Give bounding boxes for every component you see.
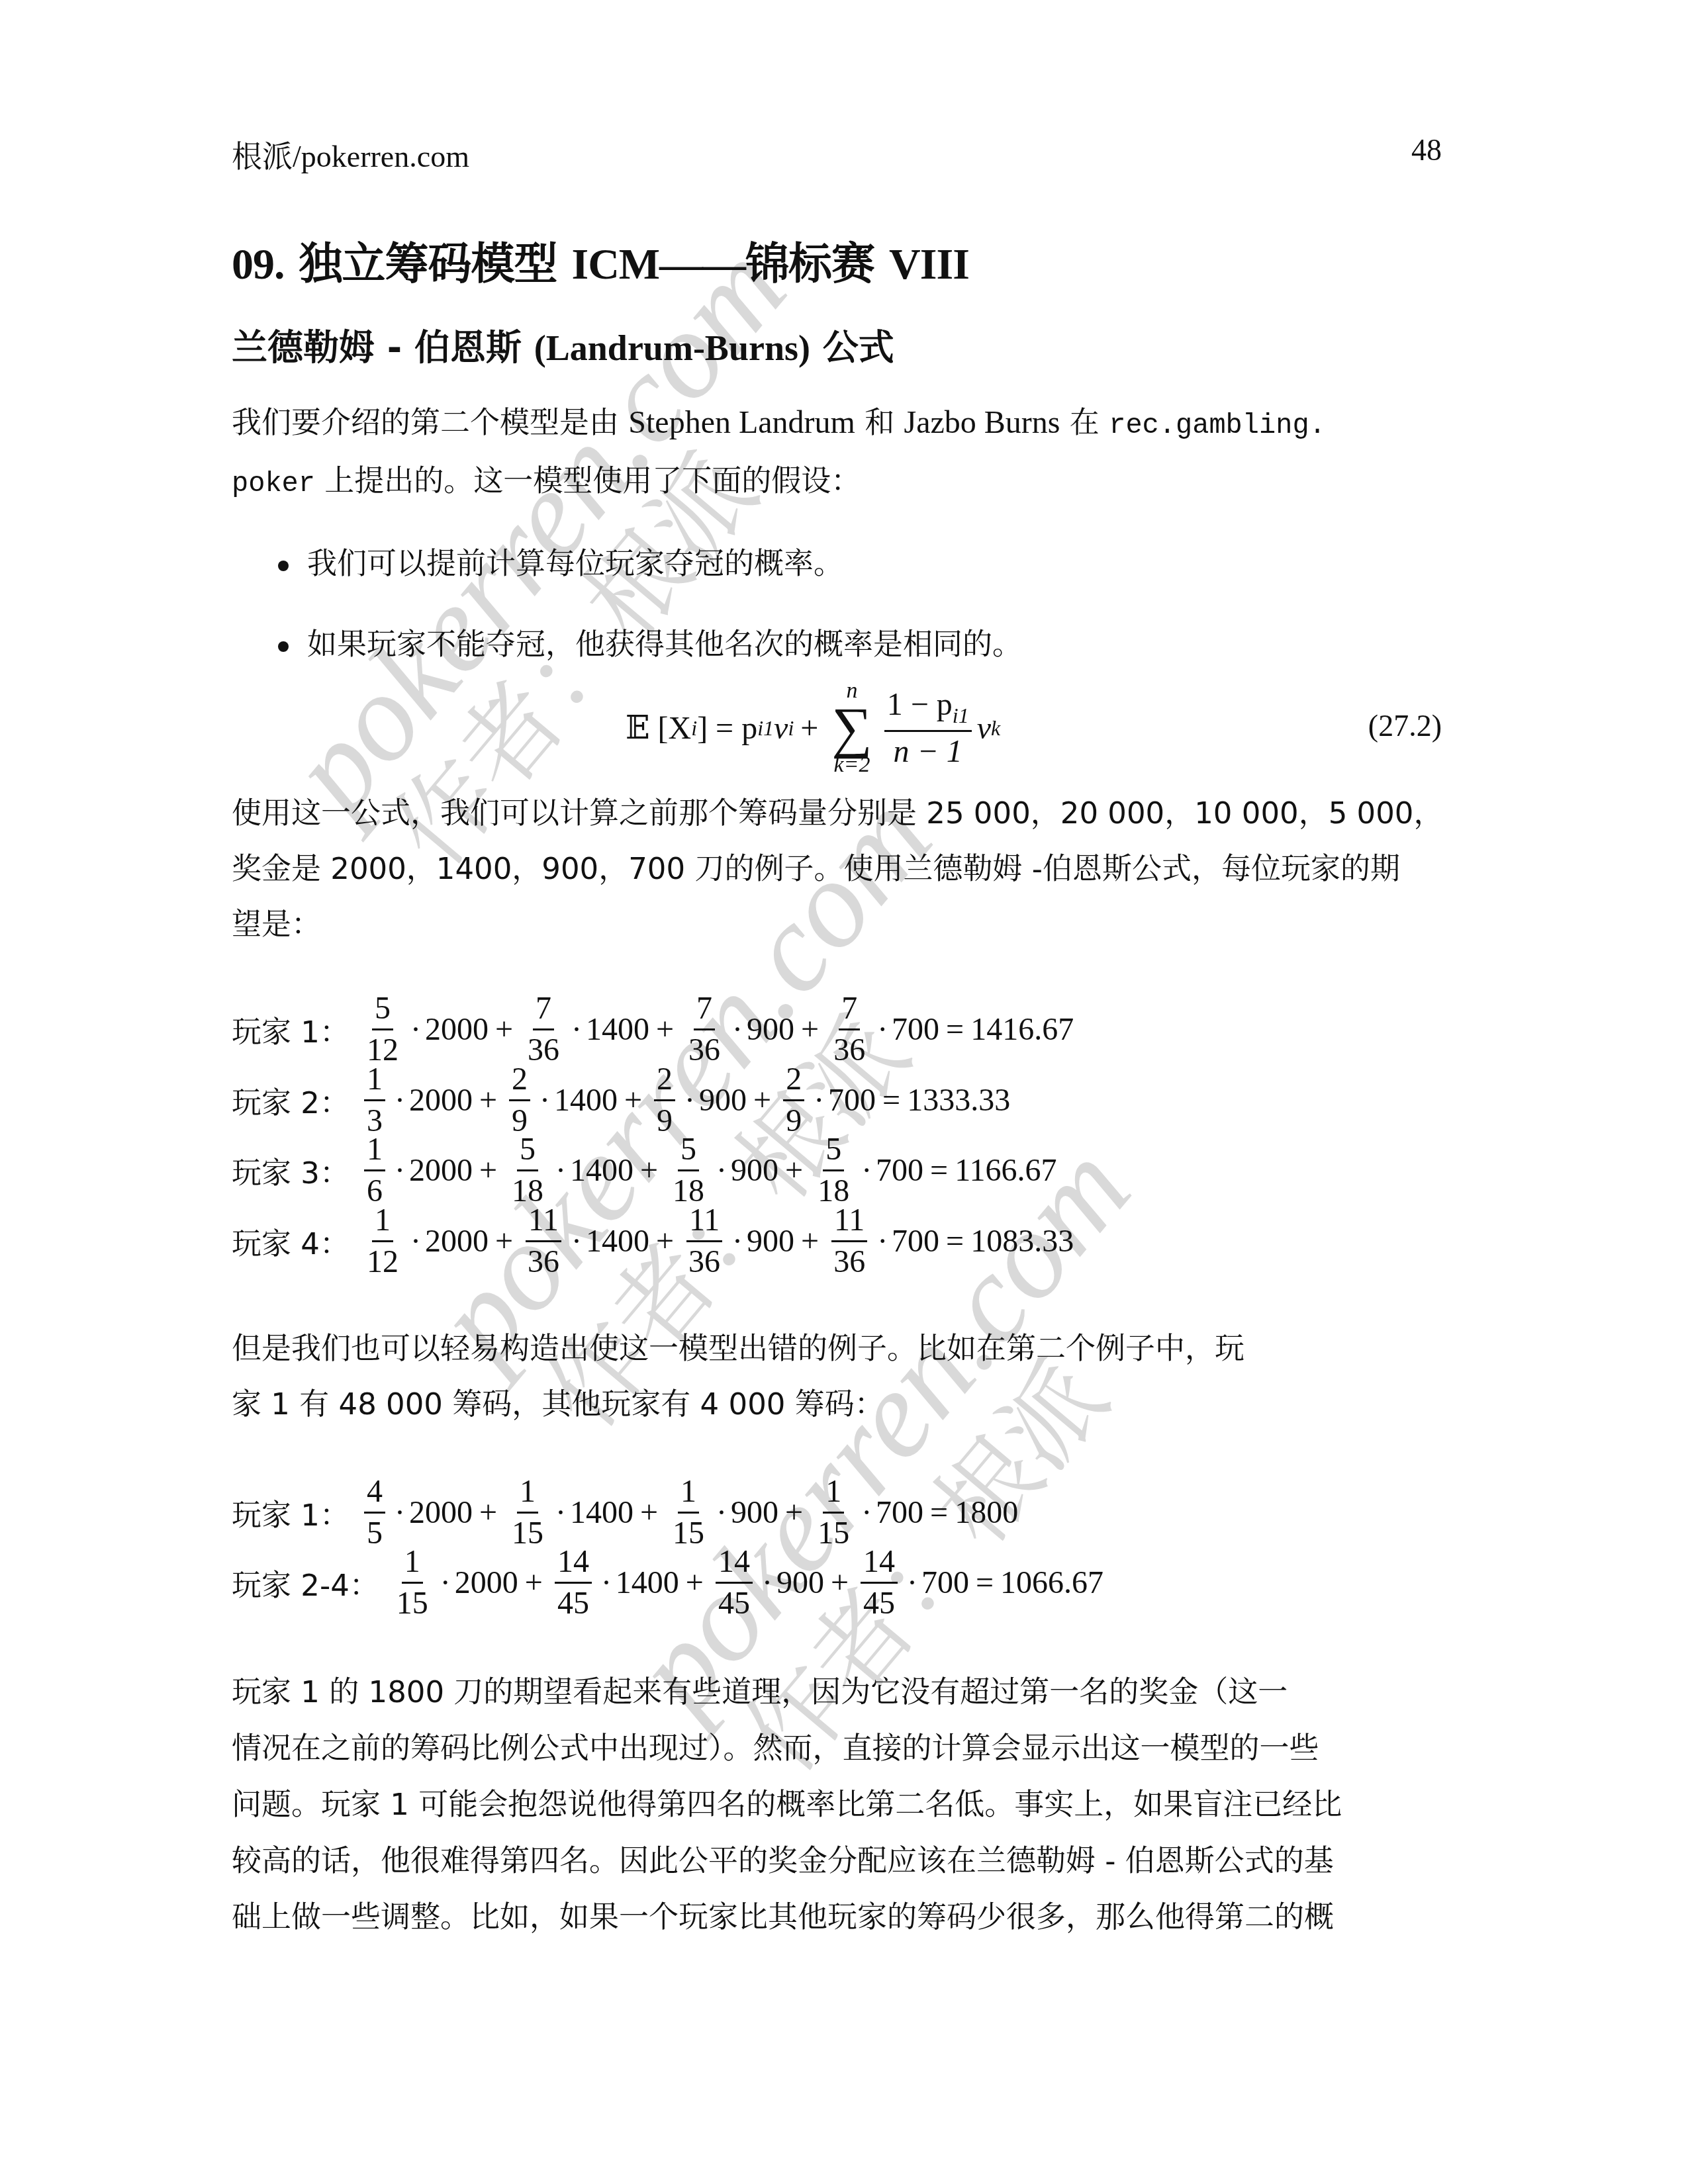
plus-sign: + bbox=[785, 1494, 803, 1531]
probability-fraction: 1136 bbox=[686, 1205, 723, 1278]
expected-value: 1166.67 bbox=[955, 1152, 1056, 1189]
multiply-dot: · bbox=[410, 1011, 421, 1048]
denominator: 45 bbox=[716, 1584, 753, 1619]
prize-amount: 2000 bbox=[425, 1011, 489, 1048]
multiply-dot: · bbox=[877, 1011, 888, 1048]
probability-fraction: 112 bbox=[364, 1205, 401, 1278]
probability-fraction: 736 bbox=[686, 993, 723, 1066]
prize-amount: 900 bbox=[731, 1152, 778, 1189]
probability-fraction: 115 bbox=[509, 1476, 546, 1549]
prize-amount: 900 bbox=[776, 1565, 824, 1601]
probability-fraction: 115 bbox=[394, 1546, 431, 1619]
paragraph-line: 但是我们也可以轻易构造出使这一模型出错的例子。比如在第二个例子中，玩 bbox=[232, 1321, 1444, 1377]
assumption-item-1: 我们可以提前计算每位玩家夺冠的概率。 bbox=[278, 539, 843, 582]
subscript: i bbox=[691, 716, 697, 741]
plus-sign: + bbox=[785, 1152, 803, 1189]
probability-fraction: 29 bbox=[654, 1064, 675, 1137]
multiply-dot: · bbox=[907, 1565, 917, 1601]
prize-amount: 700 bbox=[828, 1082, 876, 1118]
prize-amount: 1400 bbox=[616, 1565, 679, 1601]
assumption-text: 我们可以提前计算每位玩家夺冠的概率。 bbox=[307, 546, 843, 581]
player-label: 玩家 4： bbox=[232, 1220, 350, 1263]
prize-amount: 2000 bbox=[425, 1223, 489, 1259]
prize-amount: 900 bbox=[747, 1011, 794, 1048]
probability-fraction: 736 bbox=[525, 993, 562, 1066]
paragraph-intro-line-2: poker 上提出的。这一模型使用了下面的假设： bbox=[232, 453, 1444, 512]
denominator: 36 bbox=[831, 1030, 868, 1066]
multiply-dot: · bbox=[861, 1494, 872, 1531]
multiply-dot: · bbox=[861, 1152, 872, 1189]
probability-fraction: 518 bbox=[815, 1134, 852, 1207]
running-header-source: 根派/pokerren.com bbox=[232, 132, 469, 176]
numerator: 5 bbox=[823, 1134, 844, 1171]
chapter-title-icm: ICM—— bbox=[571, 240, 745, 289]
denominator: 15 bbox=[509, 1514, 546, 1549]
player-label: 玩家 2-4： bbox=[232, 1561, 379, 1604]
numerator: 5 bbox=[517, 1134, 538, 1171]
page-number: 48 bbox=[1411, 132, 1442, 167]
numerator: 7 bbox=[694, 993, 715, 1030]
probability-fraction: 1445 bbox=[861, 1546, 898, 1619]
prize-amount: 700 bbox=[876, 1152, 923, 1189]
numerator: 1 bbox=[364, 1134, 385, 1171]
multiply-dot: · bbox=[762, 1565, 773, 1601]
subscript: i1 bbox=[757, 716, 774, 741]
chapter-title-roman: VIII bbox=[889, 240, 969, 289]
paragraph-example-intro: 使用这一公式，我们可以计算之前那个筹码量分别是 25 000，20 000，10… bbox=[232, 786, 1444, 952]
denominator: 36 bbox=[831, 1242, 868, 1278]
plus-sign: + bbox=[624, 1082, 642, 1118]
equals-sign: = bbox=[976, 1565, 994, 1601]
denominator: 15 bbox=[670, 1514, 707, 1549]
probability-fraction: 45 bbox=[364, 1476, 385, 1549]
prize-amount: 2000 bbox=[409, 1494, 473, 1531]
section-title-cn2: 公式 bbox=[823, 327, 894, 369]
multiply-dot: · bbox=[716, 1494, 727, 1531]
plus-sign: + bbox=[801, 1011, 819, 1048]
player-equation-row: 玩家 3：16·2000+518·1400+518·900+518·700=11… bbox=[232, 1134, 1056, 1206]
multiply-dot: · bbox=[555, 1152, 566, 1189]
plus-sign: + bbox=[656, 1223, 674, 1259]
expected-value: 1800 bbox=[955, 1494, 1018, 1531]
multiply-dot: · bbox=[877, 1223, 888, 1259]
equals-sign: = bbox=[930, 1494, 948, 1531]
numerator: 2 bbox=[654, 1064, 675, 1101]
paragraph-line: 础上做一些调整。比如，如果一个玩家比其他玩家的筹码少很多，那么他得第二的概 bbox=[232, 1889, 1444, 1945]
text: 和 bbox=[865, 405, 894, 440]
numerator: 1 bbox=[364, 1064, 385, 1101]
probability-fraction: 736 bbox=[831, 993, 868, 1066]
equation-number: (27.2) bbox=[1368, 708, 1442, 743]
text: Stephen Landrum bbox=[628, 405, 855, 440]
numerator: 2 bbox=[783, 1064, 804, 1101]
multiply-dot: · bbox=[395, 1494, 405, 1531]
plus-sign: + bbox=[640, 1494, 658, 1531]
subscript: k bbox=[991, 716, 1000, 741]
numerator: 5 bbox=[678, 1134, 699, 1171]
assumption-item-2: 如果玩家不能夺冠，他获得其他名次的概率是相同的。 bbox=[278, 620, 1022, 663]
summation: n ∑ k=2 bbox=[831, 680, 872, 776]
numerator: 1 bbox=[678, 1476, 699, 1514]
probability-fraction: 1445 bbox=[555, 1546, 592, 1619]
prize-amount: 1400 bbox=[570, 1152, 633, 1189]
plus-sign: + bbox=[479, 1082, 497, 1118]
formula-landrum-burns: 𝔼 [Xi] = pi1vi + n ∑ k=2 1 − pi1 n − 1 v… bbox=[626, 682, 1000, 774]
denominator: n − 1 bbox=[893, 734, 962, 769]
denominator: 18 bbox=[509, 1171, 546, 1207]
denominator: 15 bbox=[815, 1514, 852, 1549]
denominator: 36 bbox=[686, 1030, 723, 1066]
prize-amount: 700 bbox=[921, 1565, 969, 1601]
expected-value: 1066.67 bbox=[1000, 1565, 1103, 1601]
paragraph-line: 玩家 1 的 1800 刀的期望看起来有些道理，因为它没有超过第一名的奖金（这一 bbox=[232, 1664, 1444, 1720]
equals-sign: = bbox=[946, 1011, 964, 1048]
numerator: 1 bbox=[402, 1546, 423, 1584]
denominator: 12 bbox=[364, 1030, 401, 1066]
prize-amount: 2000 bbox=[409, 1152, 473, 1189]
denominator: 9 bbox=[783, 1101, 804, 1137]
plus-sign: + bbox=[640, 1152, 658, 1189]
multiply-dot: · bbox=[732, 1011, 743, 1048]
player-equation-row: 玩家 1：45·2000+115·1400+115·900+115·700=18… bbox=[232, 1476, 1018, 1549]
paragraph-line: 奖金是 2000，1400，900，700 刀的例子。使用兰德勒姆 -伯恩斯公式… bbox=[232, 841, 1444, 897]
probability-fraction: 1136 bbox=[831, 1205, 868, 1278]
player-label: 玩家 3： bbox=[232, 1149, 350, 1192]
probability-fraction: 1445 bbox=[716, 1546, 753, 1619]
plus-sign: + bbox=[753, 1082, 771, 1118]
multiply-dot: · bbox=[539, 1082, 550, 1118]
denominator: 36 bbox=[525, 1030, 562, 1066]
multiply-dot: · bbox=[440, 1565, 451, 1601]
prize-amount: 700 bbox=[892, 1223, 939, 1259]
plus-sign: + bbox=[525, 1565, 543, 1601]
prize-amount: 900 bbox=[699, 1082, 747, 1118]
equals-sign: = bbox=[930, 1152, 948, 1189]
paragraph-line: 情况在之前的筹码比例公式中出现过）。然而，直接的计算会显示出这一模型的一些 bbox=[232, 1720, 1444, 1776]
text: 在 bbox=[1070, 405, 1100, 440]
prize-amount: 2000 bbox=[409, 1082, 473, 1118]
numerator: 11 bbox=[686, 1205, 722, 1242]
numerator: 14 bbox=[716, 1546, 753, 1584]
probability-fraction: 29 bbox=[783, 1064, 804, 1137]
player-equation-row: 玩家 2：13·2000+29·1400+29·900+29·700=1333.… bbox=[232, 1064, 1010, 1136]
denominator: 9 bbox=[654, 1101, 675, 1137]
prize-amount: 700 bbox=[876, 1494, 923, 1531]
chapter-title-cn2: 锦标赛 bbox=[745, 238, 874, 289]
prize-amount: 900 bbox=[731, 1494, 778, 1531]
paragraph-line: 家 1 有 48 000 筹码，其他玩家有 4 000 筹码： bbox=[232, 1377, 1444, 1432]
newsgroup-name: poker bbox=[232, 468, 315, 500]
multiply-dot: · bbox=[410, 1223, 421, 1259]
probability-fraction: 115 bbox=[815, 1476, 852, 1549]
numerator: 7 bbox=[839, 993, 860, 1030]
formula-v: v bbox=[977, 710, 991, 747]
section-title: 兰德勒姆 - 伯恩斯 (Landrum-Burns) 公式 bbox=[232, 320, 894, 371]
equals-sign: = bbox=[882, 1082, 900, 1118]
paragraph-discussion: 玩家 1 的 1800 刀的期望看起来有些道理，因为它没有超过第一名的奖金（这一… bbox=[232, 1664, 1444, 1945]
newsgroup-name: rec.gambling. bbox=[1109, 410, 1326, 441]
probability-fraction: 115 bbox=[670, 1476, 707, 1549]
player-label: 玩家 2： bbox=[232, 1079, 350, 1122]
text: 我们要介绍的第二个模型是由 bbox=[232, 405, 619, 440]
chapter-number: 09. bbox=[232, 240, 285, 289]
section-title-latin: (Landrum-Burns) bbox=[534, 328, 810, 368]
denominator: 5 bbox=[364, 1514, 385, 1549]
expected-value: 1416.67 bbox=[970, 1011, 1074, 1048]
probability-fraction: 518 bbox=[509, 1134, 546, 1207]
denominator: 36 bbox=[686, 1242, 723, 1278]
plus-sign: + bbox=[801, 1223, 819, 1259]
numerator: 4 bbox=[364, 1476, 385, 1514]
player-equation-row: 玩家 4：112·2000+1136·1400+1136·900+1136·70… bbox=[232, 1205, 1074, 1277]
multiply-dot: · bbox=[571, 1223, 582, 1259]
prize-amount: 1400 bbox=[586, 1011, 649, 1048]
player-label: 玩家 1： bbox=[232, 1008, 350, 1051]
section-title-cn1: 兰德勒姆 - 伯恩斯 bbox=[232, 327, 522, 369]
prize-amount: 2000 bbox=[455, 1565, 518, 1601]
denominator: 18 bbox=[815, 1171, 852, 1207]
denominator: 45 bbox=[861, 1584, 898, 1619]
plus-sign: + bbox=[686, 1565, 704, 1601]
plus-sign: + bbox=[800, 710, 818, 747]
multiply-dot: · bbox=[732, 1223, 743, 1259]
multiply-dot: · bbox=[395, 1082, 405, 1118]
paragraph-line: 较高的话，他很难得第四名。因此公平的奖金分配应该在兰德勒姆 - 伯恩斯公式的基 bbox=[232, 1833, 1444, 1889]
formula-eq: ] = p bbox=[697, 710, 757, 747]
formula-lhs: 𝔼 [X bbox=[626, 709, 691, 747]
probability-fraction: 512 bbox=[364, 993, 401, 1066]
expected-value: 1333.33 bbox=[907, 1082, 1010, 1118]
multiply-dot: · bbox=[716, 1152, 727, 1189]
plus-sign: + bbox=[495, 1011, 513, 1048]
plus-sign: + bbox=[831, 1565, 849, 1601]
chapter-title-cn1: 独立筹码模型 bbox=[299, 238, 557, 289]
expected-value: 1083.33 bbox=[970, 1223, 1074, 1259]
prize-amount: 700 bbox=[892, 1011, 939, 1048]
multiply-dot: · bbox=[395, 1152, 405, 1189]
numerator: 1 bbox=[517, 1476, 538, 1514]
paragraph-line: 问题。玩家 1 可能会抱怨说他得第四名的概率比第二名低。事实上，如果盲注已经比 bbox=[232, 1776, 1444, 1833]
multiply-dot: · bbox=[601, 1565, 612, 1601]
paragraph-intro: 我们要介绍的第二个模型是由 Stephen Landrum 和 Jazbo Bu… bbox=[232, 395, 1444, 512]
subscript: i bbox=[788, 716, 794, 741]
numerator: 14 bbox=[555, 1546, 592, 1584]
numerator: 11 bbox=[831, 1205, 867, 1242]
denominator: 18 bbox=[670, 1171, 707, 1207]
plus-sign: + bbox=[495, 1223, 513, 1259]
formula-v: v bbox=[774, 710, 788, 747]
probability-fraction: 13 bbox=[364, 1064, 385, 1137]
paragraph-line: 望是： bbox=[232, 897, 1444, 952]
paragraph-counterexample: 但是我们也可以轻易构造出使这一模型出错的例子。比如在第二个例子中，玩 家 1 有… bbox=[232, 1321, 1444, 1432]
prize-amount: 1400 bbox=[570, 1494, 633, 1531]
denominator: 12 bbox=[364, 1242, 401, 1278]
chapter-title: 09. 独立筹码模型 ICM——锦标赛 VIII bbox=[232, 228, 969, 291]
player-equation-row: 玩家 1：512·2000+736·1400+736·900+736·700=1… bbox=[232, 993, 1074, 1066]
fraction: 1 − pi1 n − 1 bbox=[884, 689, 972, 768]
player-label: 玩家 1： bbox=[232, 1491, 350, 1534]
numerator: 5 bbox=[372, 993, 393, 1030]
sum-lower: k=2 bbox=[833, 754, 870, 776]
assumption-text: 如果玩家不能夺冠，他获得其他名次的概率是相同的。 bbox=[307, 627, 1022, 662]
numerator: 2 bbox=[509, 1064, 530, 1101]
text: 上提出的。这一模型使用了下面的假设： bbox=[324, 463, 861, 498]
plus-sign: + bbox=[479, 1494, 497, 1531]
multiply-dot: · bbox=[684, 1082, 695, 1118]
multiply-dot: · bbox=[571, 1011, 582, 1048]
denominator: 45 bbox=[555, 1584, 592, 1619]
numerator: 11 bbox=[526, 1205, 561, 1242]
denominator: 6 bbox=[364, 1171, 385, 1207]
subscript: i1 bbox=[953, 704, 969, 727]
plus-sign: + bbox=[656, 1011, 674, 1048]
prize-amount: 1400 bbox=[586, 1223, 649, 1259]
numerator: 1 bbox=[372, 1205, 393, 1242]
probability-fraction: 1136 bbox=[525, 1205, 562, 1278]
numerator: 1 − p bbox=[887, 687, 953, 722]
probability-fraction: 29 bbox=[509, 1064, 530, 1137]
probability-fraction: 16 bbox=[364, 1134, 385, 1207]
plus-sign: + bbox=[479, 1152, 497, 1189]
sigma-icon: ∑ bbox=[831, 702, 872, 753]
multiply-dot: · bbox=[814, 1082, 824, 1118]
numerator: 1 bbox=[823, 1476, 844, 1514]
denominator: 36 bbox=[525, 1242, 562, 1278]
paragraph-intro-line-1: 我们要介绍的第二个模型是由 Stephen Landrum 和 Jazbo Bu… bbox=[232, 395, 1444, 453]
text: Jazbo Burns bbox=[904, 405, 1060, 440]
multiply-dot: · bbox=[555, 1494, 566, 1531]
equals-sign: = bbox=[946, 1223, 964, 1259]
prize-amount: 1400 bbox=[554, 1082, 618, 1118]
paragraph-line: 使用这一公式，我们可以计算之前那个筹码量分别是 25 000，20 000，10… bbox=[232, 786, 1444, 841]
bullet-icon bbox=[278, 641, 289, 652]
denominator: 15 bbox=[394, 1584, 431, 1619]
numerator: 14 bbox=[861, 1546, 898, 1584]
prize-amount: 900 bbox=[747, 1223, 794, 1259]
player-equation-row: 玩家 2-4：115·2000+1445·1400+1445·900+1445·… bbox=[232, 1546, 1103, 1619]
probability-fraction: 518 bbox=[670, 1134, 707, 1207]
numerator: 7 bbox=[533, 993, 554, 1030]
bullet-icon bbox=[278, 561, 289, 571]
